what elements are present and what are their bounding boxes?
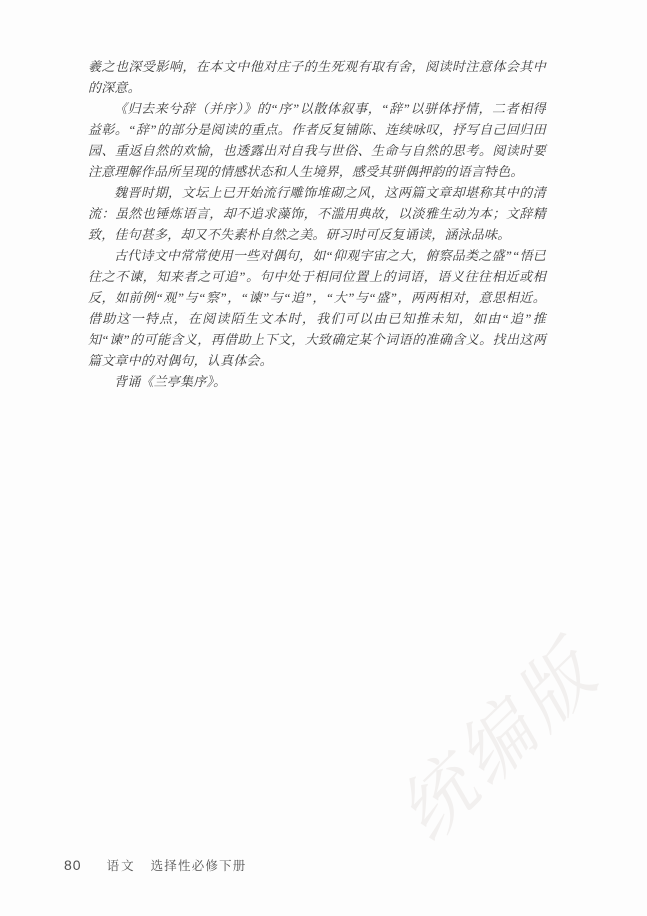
edition-watermark: 统编版 xyxy=(348,594,647,892)
paragraph-duiou-sentences: 古代诗文中常常使用一些对偶句，如“仰观宇宙之大，俯察品类之盛”“悟已往之不谏，知… xyxy=(88,245,546,371)
page-body-text: 羲之也深受影响，在本文中他对庄子的生死观有取有舍，阅读时注意体会其中的深意。 《… xyxy=(88,56,546,392)
page-footer: 80 语文 选择性必修下册 xyxy=(64,856,247,874)
paragraph-guiqulaixici: 《归去来兮辞（并序）》的“序”以散体叙事，“辞”以骈体抒情，二者相得益彰。“辞”… xyxy=(88,98,546,182)
page-number: 80 xyxy=(64,857,82,873)
paragraph-weijin-style: 魏晋时期，文坛上已开始流行雕饰堆砌之风，这两篇文章却堪称其中的清流：虽然也锤炼语… xyxy=(88,182,546,245)
footer-book-title: 选择性必修下册 xyxy=(151,856,247,874)
paragraph-continuation: 羲之也深受影响，在本文中他对庄子的生死观有取有舍，阅读时注意体会其中的深意。 xyxy=(88,56,546,98)
paragraph-recite-instruction: 背诵《兰亭集序》。 xyxy=(88,371,546,392)
footer-subject-label: 语文 xyxy=(107,856,136,874)
textbook-page: 羲之也深受影响，在本文中他对庄子的生死观有取有舍，阅读时注意体会其中的深意。 《… xyxy=(0,0,647,916)
